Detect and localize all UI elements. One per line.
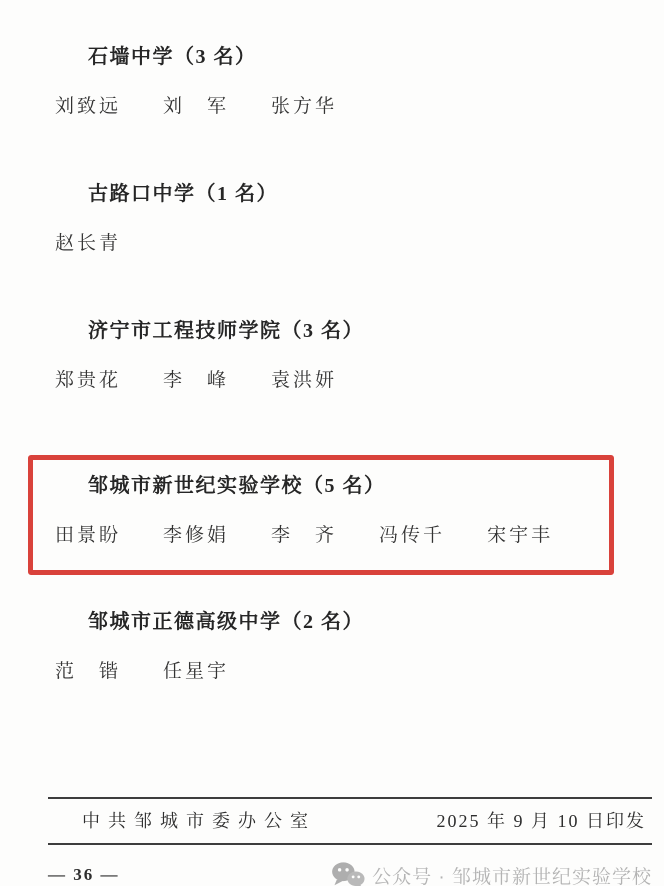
person-name: 郑贵花 — [55, 368, 121, 394]
document-page: 石墙中学（3 名）刘致远刘 军张方华古路口中学（1 名）赵长青济宁市工程技师学院… — [0, 0, 664, 886]
wechat-icon — [331, 861, 365, 886]
person-name: 冯传千 — [379, 523, 445, 549]
person-name: 范 锴 — [55, 659, 121, 685]
footer-date: 2025 年 9 月 10 日印发 — [437, 809, 647, 833]
person-name: 李 峰 — [163, 368, 229, 394]
school-section: 石墙中学（3 名）刘致远刘 军张方华 — [28, 44, 616, 120]
names-row: 郑贵花李 峰袁洪妍 — [55, 368, 616, 394]
school-section-highlighted: 邹城市新世纪实验学校（5 名）田景盼李修娟李 齐冯传千宋宇丰 — [28, 455, 614, 575]
school-heading: 邹城市新世纪实验学校（5 名） — [88, 473, 599, 499]
person-name: 任星宇 — [163, 659, 229, 685]
person-name: 宋宇丰 — [487, 523, 553, 549]
page-number: — 36 — — [48, 865, 120, 885]
person-name: 李 齐 — [271, 523, 337, 549]
footer-issuer: 中共邹城市委办公室 — [82, 809, 316, 833]
footer-rule: 中共邹城市委办公室 2025 年 9 月 10 日印发 — [48, 797, 652, 845]
person-name: 刘 军 — [163, 94, 229, 120]
person-name: 田景盼 — [55, 523, 121, 549]
person-name: 刘致远 — [55, 94, 121, 120]
names-row: 赵长青 — [55, 231, 616, 257]
watermark-text: 公众号 · 邹城市新世纪实验学校 — [372, 862, 652, 886]
names-row: 范 锴任星宇 — [55, 659, 616, 685]
school-heading: 古路口中学（1 名） — [88, 181, 616, 207]
watermark: 公众号 · 邹城市新世纪实验学校 — [331, 861, 652, 886]
person-name: 张方华 — [271, 94, 337, 120]
school-section: 古路口中学（1 名）赵长青 — [28, 181, 616, 257]
names-row: 刘致远刘 军张方华 — [55, 94, 616, 120]
school-heading: 石墙中学（3 名） — [88, 44, 616, 70]
person-name: 赵长青 — [55, 231, 121, 257]
school-heading: 邹城市正德高级中学（2 名） — [88, 609, 616, 635]
school-section: 济宁市工程技师学院（3 名）郑贵花李 峰袁洪妍 — [28, 318, 616, 394]
school-heading: 济宁市工程技师学院（3 名） — [88, 318, 616, 344]
person-name: 袁洪妍 — [271, 368, 337, 394]
school-sections: 石墙中学（3 名）刘致远刘 军张方华古路口中学（1 名）赵长青济宁市工程技师学院… — [28, 44, 616, 685]
school-section: 邹城市正德高级中学（2 名）范 锴任星宇 — [28, 609, 616, 685]
bottom-row: — 36 — 公众号 · 邹城市新世纪实验学校 — [48, 861, 652, 886]
person-name: 李修娟 — [163, 523, 229, 549]
names-row: 田景盼李修娟李 齐冯传千宋宇丰 — [55, 523, 599, 549]
